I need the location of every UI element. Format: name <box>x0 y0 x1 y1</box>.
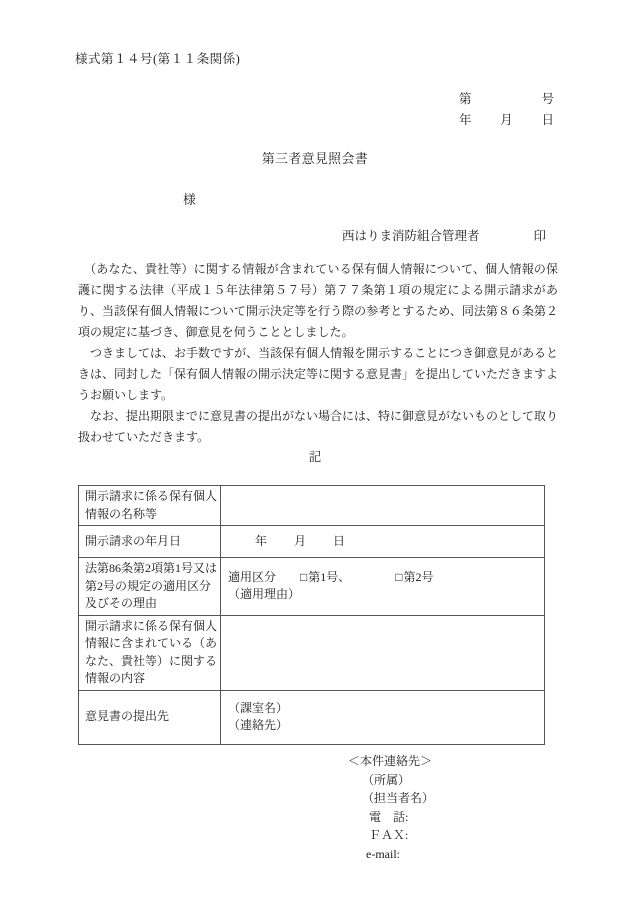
document-page: 様式第１４号(第１１条関係) 第 号 年 月 日 第三者意見照会書 様 西はりま… <box>0 0 630 903</box>
checkbox-option-clause2-label: 第2号 <box>404 570 434 584</box>
table-row-submission: 意見書の提出先 （課室名） （連絡先） <box>79 690 545 744</box>
contact-block: ＜本件連絡先＞ （所属） （担当者名） 電 話: ＦＡＸ: e-mail: <box>348 752 434 863</box>
checkbox-option-clause2[interactable]: □第2号 <box>395 570 433 584</box>
date-month-label: 月 <box>500 110 513 130</box>
applicability-line: 適用区分 □第1号、 □第2号 <box>228 569 540 587</box>
paragraph-1: （あなた、貴社等）に関する情報が含まれている保有個人情報について、個人情報の保護… <box>78 259 558 343</box>
row-label: 開示請求に係る保有個人情報に含まれている（あなた、貴社等）に関する情報の内容 <box>79 615 221 690</box>
row-label: 法第86条第2項第1号又は第2号の規定の適用区分及びその理由 <box>79 558 221 616</box>
checkbox-option-clause1-label: 第1号、 <box>308 570 350 584</box>
table-row-info-name: 開示請求に係る保有個人情報の名称等 <box>79 486 545 526</box>
row-value-empty <box>221 615 545 690</box>
info-table: 開示請求に係る保有個人情報の名称等 開示請求の年月日 年 月 日 法第86条第2… <box>78 485 545 745</box>
submission-contact-label: （連絡先） <box>228 717 540 735</box>
checkbox-icon: □ <box>300 570 307 584</box>
table-row-info-content: 開示請求に係る保有個人情報に含まれている（あなた、貴社等）に関する情報の内容 <box>79 615 545 690</box>
form-number: 様式第１４号(第１１条関係) <box>75 49 240 67</box>
row-label: 意見書の提出先 <box>79 690 221 744</box>
date-day-label: 日 <box>541 110 554 130</box>
row-value-empty <box>221 486 545 526</box>
doc-number-suffix: 号 <box>541 89 554 109</box>
checkbox-icon: □ <box>395 570 402 584</box>
row-label: 開示請求に係る保有個人情報の名称等 <box>79 486 221 526</box>
contact-affiliation-label: （所属） <box>348 771 434 790</box>
checkbox-option-clause1[interactable]: □第1号、 <box>300 570 353 584</box>
table-row-applicability: 法第86条第2項第1号又は第2号の規定の適用区分及びその理由 適用区分 □第1号… <box>79 558 545 616</box>
date-year-label: 年 <box>459 110 472 130</box>
contact-phone-label: 電 話: <box>348 808 434 827</box>
contact-heading: ＜本件連絡先＞ <box>348 752 434 771</box>
contact-email-label: e-mail: <box>348 845 434 864</box>
paragraph-3: なお、提出期限までに意見書の提出がない場合には、特に御意見がないものとして取り扱… <box>78 406 558 448</box>
applicability-label: 適用区分 <box>228 570 276 584</box>
row-value-submission: （課室名） （連絡先） <box>221 690 545 744</box>
contact-person-label: （担当者名） <box>348 789 434 808</box>
document-date-line: 年 月 日 <box>459 110 554 130</box>
row-value-date: 年 月 日 <box>221 526 545 558</box>
seal-mark: 印 <box>533 226 546 244</box>
applicability-reason-label: （適用理由） <box>228 586 540 604</box>
table-row-request-date: 開示請求の年月日 年 月 日 <box>79 526 545 558</box>
page-title: 第三者意見照会書 <box>0 148 630 167</box>
issuer-name: 西はりま消防組合管理者 <box>342 226 480 244</box>
document-number-line: 第 号 <box>459 89 554 109</box>
paragraph-2: つきましては、お手数ですが、当該保有個人情報を開示することにつき御意見があるとき… <box>78 343 558 406</box>
row-value-applicability: 適用区分 □第1号、 □第2号 （適用理由） <box>221 558 545 616</box>
submission-room-label: （課室名） <box>228 700 540 718</box>
addressee-honorific: 様 <box>183 189 196 208</box>
doc-number-prefix: 第 <box>459 89 472 109</box>
issuer-line: 西はりま消防組合管理者 印 <box>342 226 546 244</box>
record-marker: 記 <box>0 447 630 465</box>
row-label: 開示請求の年月日 <box>79 526 221 558</box>
contact-fax-label: ＦＡＸ: <box>348 826 434 845</box>
body-paragraphs: （あなた、貴社等）に関する情報が含まれている保有個人情報について、個人情報の保護… <box>78 259 558 448</box>
